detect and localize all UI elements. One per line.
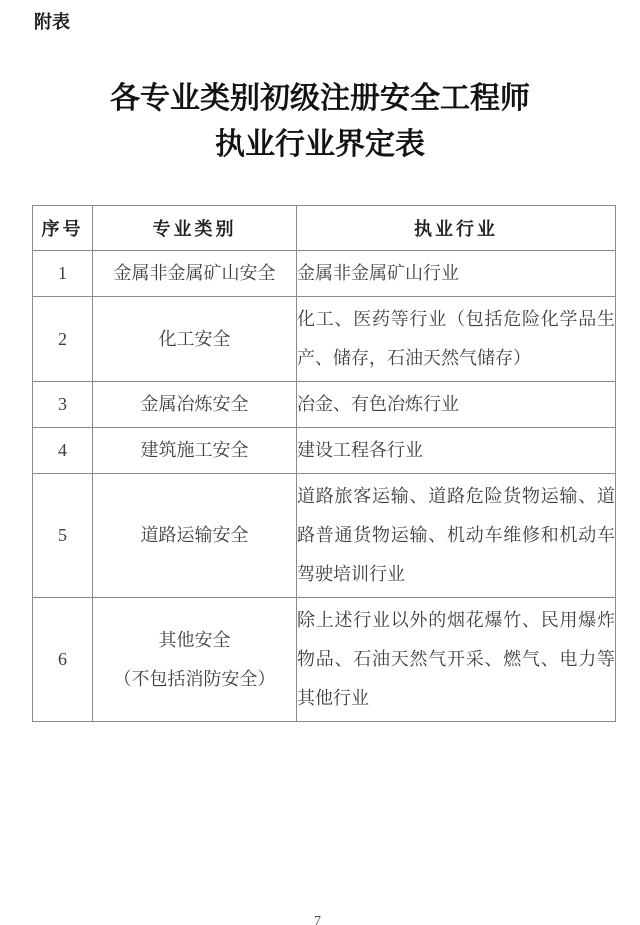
table-row: 6 其他安全（不包括消防安全） 除上述行业以外的烟花爆竹、民用爆炸物品、石油天然… [33,598,616,722]
table-row: 5 道路运输安全 道路旅客运输、道路危险货物运输、道路普通货物运输、机动车维修和… [33,474,616,598]
cell-industry: 化工、医药等行业（包括危险化学品生产、储存，石油天然气储存） [297,297,616,382]
cell-industry: 冶金、有色冶炼行业 [297,382,616,428]
cell-industry: 除上述行业以外的烟花爆竹、民用爆炸物品、石油天然气开采、燃气、电力等其他行业 [297,598,616,722]
cell-industry: 道路旅客运输、道路危险货物运输、道路普通货物运输、机动车维修和机动车驾驶培训行业 [297,474,616,598]
cell-serial-number: 1 [33,251,93,297]
table-row: 1 金属非金属矿山安全 金属非金属矿山行业 [33,251,616,297]
cell-serial-number: 6 [33,598,93,722]
cell-category: 化工安全 [93,297,297,382]
category-name: 建筑施工安全 [93,431,296,470]
category-name: 金属冶炼安全 [93,385,296,424]
cell-serial-number: 3 [33,382,93,428]
category-name: 化工安全 [93,320,296,359]
column-header-industry: 执业行业 [297,206,616,251]
page-title: 各专业类别初级注册安全工程师 执业行业界定表 [0,76,640,168]
industry-definition-table: 序号 专业类别 执业行业 1 金属非金属矿山安全 金属非金属矿山行业 2 化工安… [32,205,616,722]
category-note: （不包括消防安全） [93,660,296,699]
appendix-label: 附表 [34,8,70,34]
table-row: 4 建筑施工安全 建设工程各行业 [33,428,616,474]
cell-industry: 建设工程各行业 [297,428,616,474]
page-number: 7 [314,914,321,925]
column-header-serial-number: 序号 [33,206,93,251]
table-header-row: 序号 专业类别 执业行业 [33,206,616,251]
category-name: 道路运输安全 [93,516,296,555]
cell-category: 其他安全（不包括消防安全） [93,598,297,722]
cell-category: 金属非金属矿山安全 [93,251,297,297]
cell-category: 金属冶炼安全 [93,382,297,428]
cell-industry: 金属非金属矿山行业 [297,251,616,297]
cell-serial-number: 2 [33,297,93,382]
category-name: 金属非金属矿山安全 [93,254,296,293]
table-row: 2 化工安全 化工、医药等行业（包括危险化学品生产、储存，石油天然气储存） [33,297,616,382]
table-body: 1 金属非金属矿山安全 金属非金属矿山行业 2 化工安全 化工、医药等行业（包括… [33,251,616,722]
document-page: 附表 各专业类别初级注册安全工程师 执业行业界定表 序号 专业类别 执业行业 1… [0,0,640,925]
column-header-category: 专业类别 [93,206,297,251]
table-row: 3 金属冶炼安全 冶金、有色冶炼行业 [33,382,616,428]
cell-category: 建筑施工安全 [93,428,297,474]
category-name: 其他安全 [93,621,296,660]
cell-category: 道路运输安全 [93,474,297,598]
cell-serial-number: 4 [33,428,93,474]
page-title-line-2: 执业行业界定表 [215,128,425,161]
cell-serial-number: 5 [33,474,93,598]
page-title-line-1: 各专业类别初级注册安全工程师 [110,82,530,115]
